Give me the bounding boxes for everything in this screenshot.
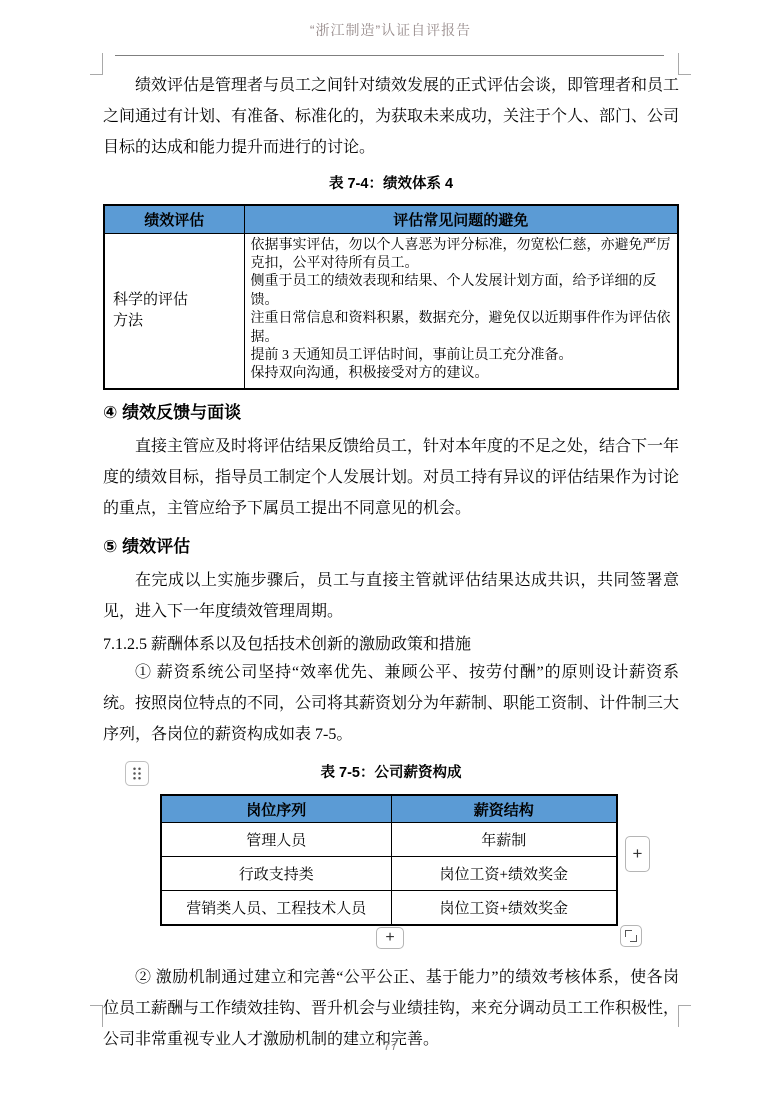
table-7-4-line: 注重日常信息和资料积累，数据充分，避免仅以近期事件作为评估依据。 — [251, 310, 672, 347]
text-boundary-mark-top-left — [90, 53, 103, 75]
cell-salary-structure: 年薪制 — [391, 823, 617, 857]
table-resize-button[interactable] — [620, 925, 642, 947]
performance-appraisal-paragraph: 在完成以上实施步骤后，员工与直接主管就评估结果达成共识，共同签署意见，进入下一年… — [103, 565, 679, 627]
cell-salary-structure: 岗位工资+绩效奖金 — [391, 857, 617, 891]
page-header-title: “浙江制造”认证自评报告 — [0, 20, 781, 40]
cell-job-series: 行政支持类 — [161, 857, 391, 891]
table-row: 行政支持类 岗位工资+绩效奖金 — [161, 857, 617, 891]
text-boundary-mark-bottom-left — [90, 1005, 103, 1027]
table-drag-handle-button[interactable] — [125, 761, 149, 786]
table-7-5-caption: 表 7-5：公司薪资构成 — [103, 762, 679, 784]
add-column-button[interactable]: + — [625, 836, 650, 872]
table-7-5-container: 岗位序列 薪资结构 管理人员 年薪制 行政支持类 岗位工资+绩效奖金 营销类人员… — [160, 794, 618, 926]
table-row: 科学的评估 方法 依据事实评估，勿以个人喜恶为评分标准，勿宽松仁慈，亦避免严厉克… — [104, 233, 678, 389]
table-7-4-header-col1: 绩效评估 — [104, 205, 244, 233]
document-body: 绩效评估是管理者与员工之间针对绩效发展的正式评估会谈，即管理者和员工之间通过有计… — [103, 70, 679, 1055]
table-7-5: 岗位序列 薪资结构 管理人员 年薪制 行政支持类 岗位工资+绩效奖金 营销类人员… — [160, 794, 618, 926]
performance-feedback-paragraph: 直接主管应及时将评估结果反馈给员工，针对本年度的不足之处，结合下一年度的绩效目标… — [103, 431, 679, 524]
table-header-row: 绩效评估 评估常见问题的避免 — [104, 205, 678, 233]
table-7-5-caption-row: 表 7-5：公司薪资构成 — [103, 762, 679, 786]
corner-resize-icon — [625, 930, 637, 942]
text-boundary-mark-bottom-right — [678, 1005, 691, 1027]
table-7-5-header-col2: 薪资结构 — [391, 795, 617, 823]
table-row: 管理人员 年薪制 — [161, 823, 617, 857]
table-7-4: 绩效评估 评估常见问题的避免 科学的评估 方法 依据事实评估，勿以个人喜恶为评分… — [103, 204, 679, 390]
table-7-4-header-col2: 评估常见问题的避免 — [244, 205, 678, 233]
table-7-4-line: 提前 3 天通知员工评估时间，事前让员工充分准备。 — [251, 347, 672, 365]
salary-paragraph-1: ① 薪资系统公司坚持“效率优先、兼顾公平、按劳付酬”的原则设计薪资系统。按照岗位… — [103, 657, 679, 750]
text-boundary-mark-top-right — [678, 53, 691, 75]
table-7-4-row-content: 依据事实评估，勿以个人喜恶为评分标准，勿宽松仁慈，亦避免严厉克扣，公平对待所有员… — [244, 233, 678, 389]
table-7-4-row-label: 科学的评估 方法 — [104, 233, 244, 389]
table-7-4-line: 依据事实评估，勿以个人喜恶为评分标准，勿宽松仁慈，亦避免严厉克扣，公平对待所有员… — [251, 237, 672, 274]
cell-job-series: 管理人员 — [161, 823, 391, 857]
table-7-5-header-col1: 岗位序列 — [161, 795, 391, 823]
intro-paragraph: 绩效评估是管理者与员工之间针对绩效发展的正式评估会谈，即管理者和员工之间通过有计… — [103, 70, 679, 163]
add-row-button[interactable]: + — [376, 927, 404, 949]
cell-job-series: 营销类人员、工程技术人员 — [161, 891, 391, 925]
table-7-4-line: 侧重于员工的绩效表现和结果、个人发展计划方面，给予详细的反馈。 — [251, 273, 672, 310]
page-number: 77 — [0, 1038, 781, 1053]
heading-performance-feedback: ④ 绩效反馈与面谈 — [103, 401, 679, 425]
heading-7-1-2-5: 7.1.2.5 薪酬体系以及包括技术创新的激励政策和措施 — [103, 633, 679, 657]
cell-salary-structure: 岗位工资+绩效奖金 — [391, 891, 617, 925]
table-row: 营销类人员、工程技术人员 岗位工资+绩效奖金 — [161, 891, 617, 925]
header-rule — [115, 55, 664, 56]
six-dot-grip-icon — [131, 766, 143, 781]
heading-performance-appraisal: ⑤ 绩效评估 — [103, 535, 679, 559]
table-7-4-caption: 表 7-4：绩效体系 4 — [103, 173, 679, 195]
table-header-row: 岗位序列 薪资结构 — [161, 795, 617, 823]
table-7-4-line: 保持双向沟通，积极接受对方的建议。 — [251, 365, 672, 383]
